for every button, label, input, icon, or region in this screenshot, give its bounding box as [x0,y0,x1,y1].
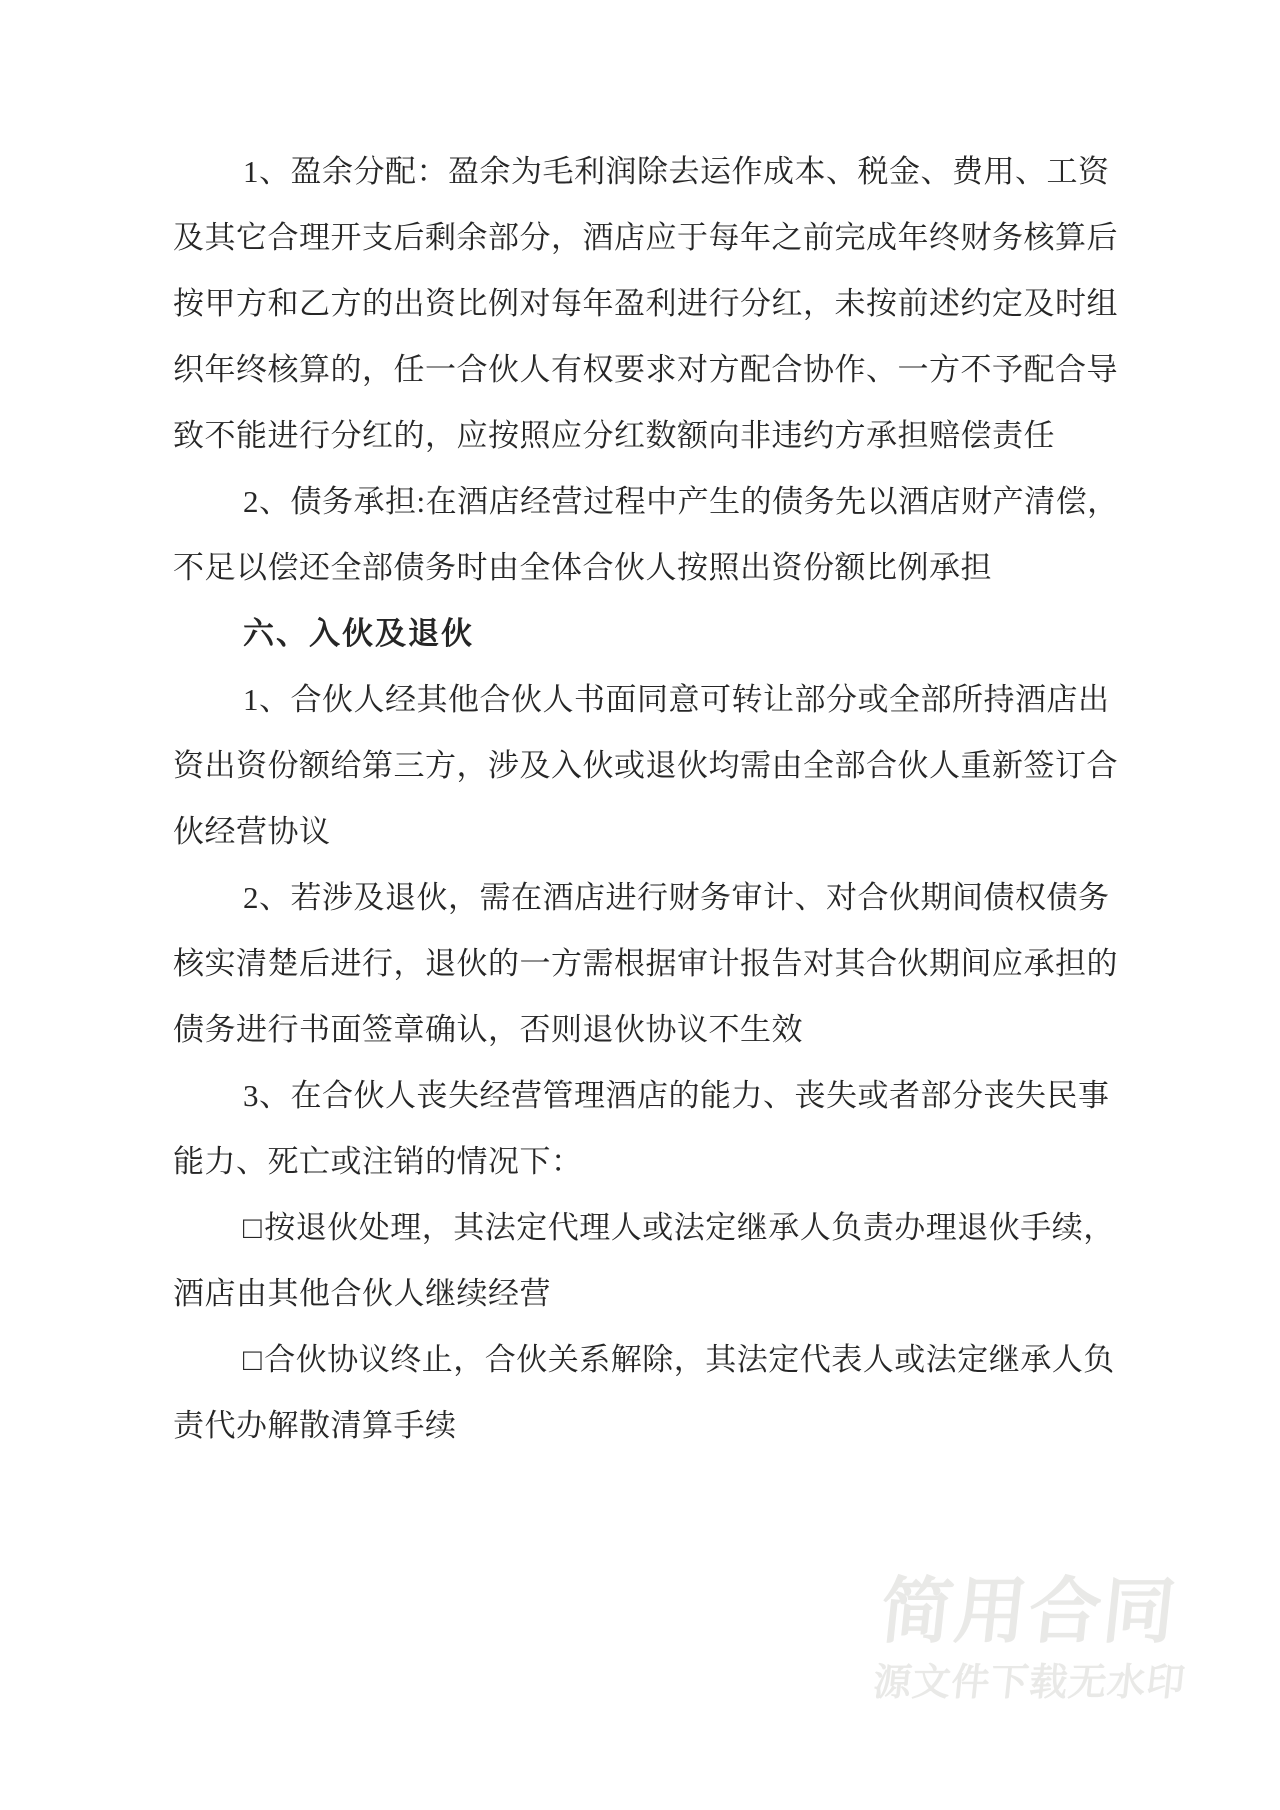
paragraph-line-capacity-loss: 3、在合伙人丧失经营管理酒店的能力、丧失或者部分丧失民事 [173,1063,1133,1129]
paragraph-line: 不足以偿还全部债务时由全体合伙人按照出资份额比例承担 [173,535,1133,601]
contract-text-block: 1、盈余分配：盈余为毛利润除去运作成本、税金、费用、工资 及其它合理开支后剩余部… [173,139,1133,1459]
paragraph-line: 及其它合理开支后剩余部分，酒店应于每年之前完成年终财务核算后 [173,205,1133,271]
paragraph-line-profit-distribution: 1、盈余分配：盈余为毛利润除去运作成本、税金、费用、工资 [173,139,1133,205]
section-heading-join-and-withdraw: 六、入伙及退伙 [173,601,1133,667]
paragraph-line: 伙经营协议 [173,799,1133,865]
option-line-text: 合伙协议终止，合伙关系解除，其法定代表人或法定继承人负 [264,1342,1115,1377]
paragraph-line-transfer-shares: 1、合伙人经其他合伙人书面同意可转让部分或全部所持酒店出 [173,667,1133,733]
paragraph-line: 资出资份额给第三方，涉及入伙或退伙均需由全部合伙人重新签订合 [173,733,1133,799]
watermark: 简用合同 源文件下载无水印 [871,1576,1196,1702]
watermark-title: 简用合同 [877,1576,1197,1648]
paragraph-line: 核实清楚后进行，退伙的一方需根据审计报告对其合伙期间应承担的 [173,931,1133,997]
paragraph-line: 能力、死亡或注销的情况下： [173,1129,1133,1195]
document-page: 1、盈余分配：盈余为毛利润除去运作成本、税金、费用、工资 及其它合理开支后剩余部… [0,0,1280,1810]
paragraph-line-withdraw-audit: 2、若涉及退伙，需在酒店进行财务审计、对合伙期间债权债务 [173,865,1133,931]
paragraph-line: 致不能进行分红的，应按照应分红数额向非违约方承担赔偿责任 [173,403,1133,469]
paragraph-line: 织年终核算的，任一合伙人有权要求对方配合协作、一方不予配合导 [173,337,1133,403]
paragraph-line: 按甲方和乙方的出资比例对每年盈利进行分红，未按前述约定及时组 [173,271,1133,337]
checkbox-icon: □ [243,1327,262,1393]
option-line-withdraw-handling: □按退伙处理，其法定代理人或法定继承人负责办理退伙手续， [173,1195,1133,1261]
paragraph-line: 酒店由其他合伙人继续经营 [173,1261,1133,1327]
watermark-subtitle: 源文件下载无水印 [871,1664,1187,1702]
checkbox-icon: □ [243,1195,262,1261]
paragraph-line: 责代办解散清算手续 [173,1393,1133,1459]
paragraph-line: 债务进行书面签章确认，否则退伙协议不生效 [173,997,1133,1063]
option-line-agreement-termination: □合伙协议终止，合伙关系解除，其法定代表人或法定继承人负 [173,1327,1133,1393]
paragraph-line-debt-liability: 2、债务承担:在酒店经营过程中产生的债务先以酒店财产清偿， [173,469,1133,535]
option-line-text: 按退伙处理，其法定代理人或法定继承人负责办理退伙手续， [264,1210,1115,1245]
